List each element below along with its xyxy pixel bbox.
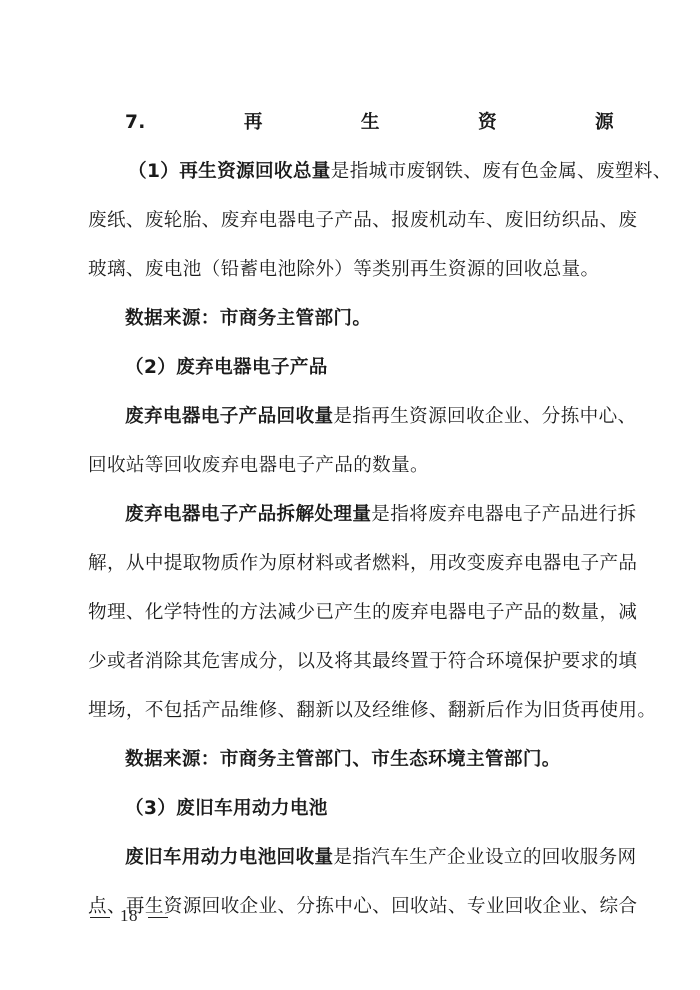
dash-right (148, 917, 168, 918)
subsection-heading: （2）废弃电器电子产品 (88, 343, 614, 392)
paragraph-line: 物理、化学特性的方法减少已产生的废弃电器电子产品的数量，减 (88, 588, 614, 637)
paragraph-line: 玻璃、废电池（铅蓄电池除外）等类别再生资源的回收总量。 (88, 245, 614, 294)
data-source: 数据来源：市商务主管部门、市生态环境主管部门。 (88, 735, 614, 784)
defined-term: 废弃电器电子产品回收量 (125, 406, 333, 427)
paragraph-line: 废旧车用动力电池回收量是指汽车生产企业设立的回收服务网 (88, 833, 614, 882)
paragraph-line: （1）再生资源回收总量是指城市废钢铁、废有色金属、废塑料、 (88, 147, 614, 196)
defined-term: 废弃电器电子产品拆解处理量 (125, 504, 371, 525)
paragraph-line: 少或者消除其危害成分，以及将其最终置于符合环境保护要求的填 (88, 637, 614, 686)
paragraph-line: 废弃电器电子产品拆解处理量是指将废弃电器电子产品进行拆 (88, 490, 614, 539)
paragraph-line: 废弃电器电子产品回收量是指再生资源回收企业、分拣中心、 (88, 392, 614, 441)
paragraph-line: 回收站等回收废弃电器电子产品的数量。 (88, 441, 614, 490)
defined-term: 废旧车用动力电池回收量 (125, 847, 333, 868)
page-number: 18 (120, 906, 138, 925)
document-page: 7.再生资源 （1）再生资源回收总量是指城市废钢铁、废有色金属、废塑料、 废纸、… (88, 98, 614, 931)
definition-text: 是指汽车生产企业设立的回收服务网 (333, 847, 636, 868)
definition-text: 是指将废弃电器电子产品进行拆 (371, 504, 636, 525)
defined-term: 再生资源回收总量 (179, 161, 331, 182)
section-heading: 7.再生资源 (88, 98, 614, 147)
subsection-heading: （3）废旧车用动力电池 (88, 784, 614, 833)
paragraph-line: 埋场，不包括产品维修、翻新以及经维修、翻新后作为旧货再使用。 (88, 686, 614, 735)
definition-text: 是指城市废钢铁、废有色金属、废塑料、 (331, 161, 672, 182)
item-label: （1） (128, 161, 179, 182)
data-source: 数据来源：市商务主管部门。 (88, 294, 614, 343)
page-footer: 18 (90, 906, 168, 926)
dash-left (90, 917, 110, 918)
definition-text: 是指再生资源回收企业、分拣中心、 (333, 406, 636, 427)
paragraph-line: 废纸、废轮胎、废弃电器电子产品、报废机动车、废旧纺织品、废 (88, 196, 614, 245)
paragraph-line: 解，从中提取物质作为原材料或者燃料，用改变废弃电器电子产品 (88, 539, 614, 588)
